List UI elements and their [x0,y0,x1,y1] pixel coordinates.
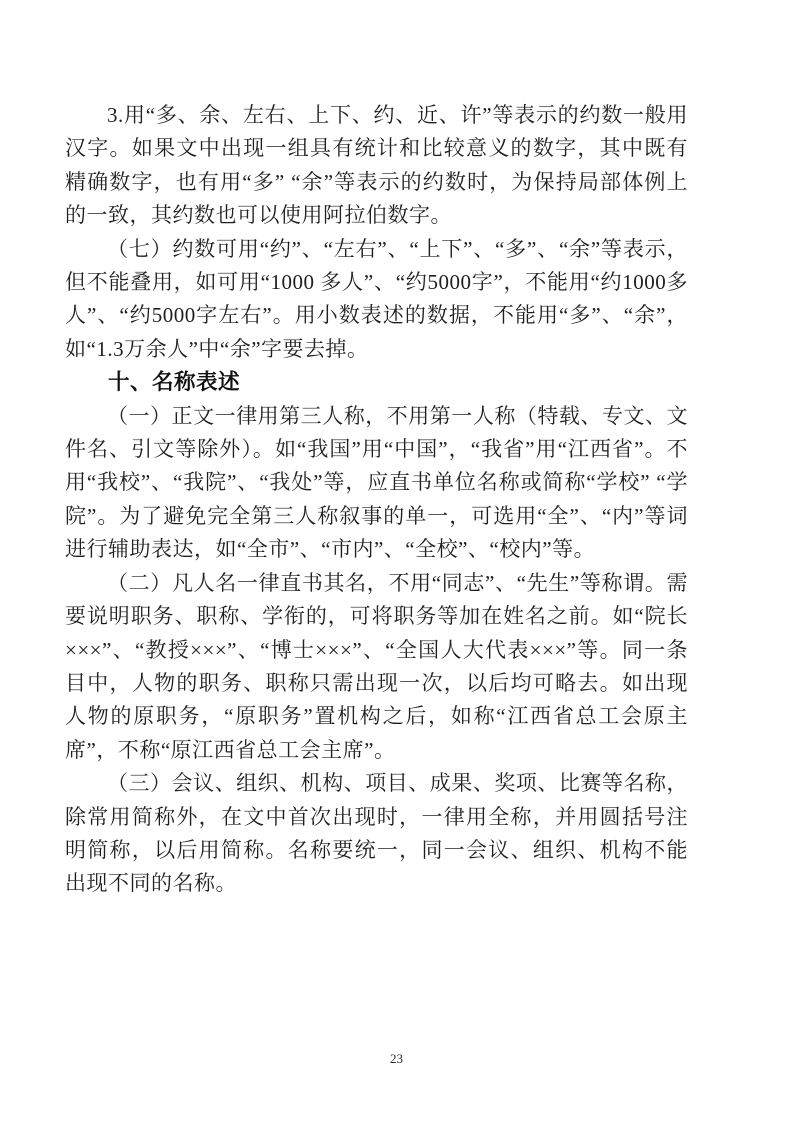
section-heading-naming-conventions: 十、名称表述 [65,366,688,399]
paragraph-item-seven-approx-usage: （七）约数可用“约”、“左右”、“上下”、“多”、“余”等表示，但不能叠用，如可… [65,233,688,367]
paragraph-approximate-numbers-rule-3: 3.用“多、余、左右、上下、约、近、许”等表示的约数一般用汉字。如果文中出现一组… [65,99,688,233]
paragraph-item-three-organization-names: （三）会议、组织、机构、项目、成果、奖项、比赛等名称，除常用简称外，在文中首次出… [65,767,688,901]
paragraph-item-two-person-names: （二）凡人名一律直书其名，不用“同志”、“先生”等称谓。需要说明职务、职称、学衔… [65,567,688,767]
document-body: 3.用“多、余、左右、上下、约、近、许”等表示的约数一般用汉字。如果文中出现一组… [65,99,688,901]
page-number: 23 [0,1050,793,1068]
paragraph-item-one-third-person: （一）正文一律用第三人称，不用第一人称（特载、专文、文件名、引文等除外）。如“我… [65,400,688,567]
document-page: 3.用“多、余、左右、上下、约、近、许”等表示的约数一般用汉字。如果文中出现一组… [0,0,793,1122]
